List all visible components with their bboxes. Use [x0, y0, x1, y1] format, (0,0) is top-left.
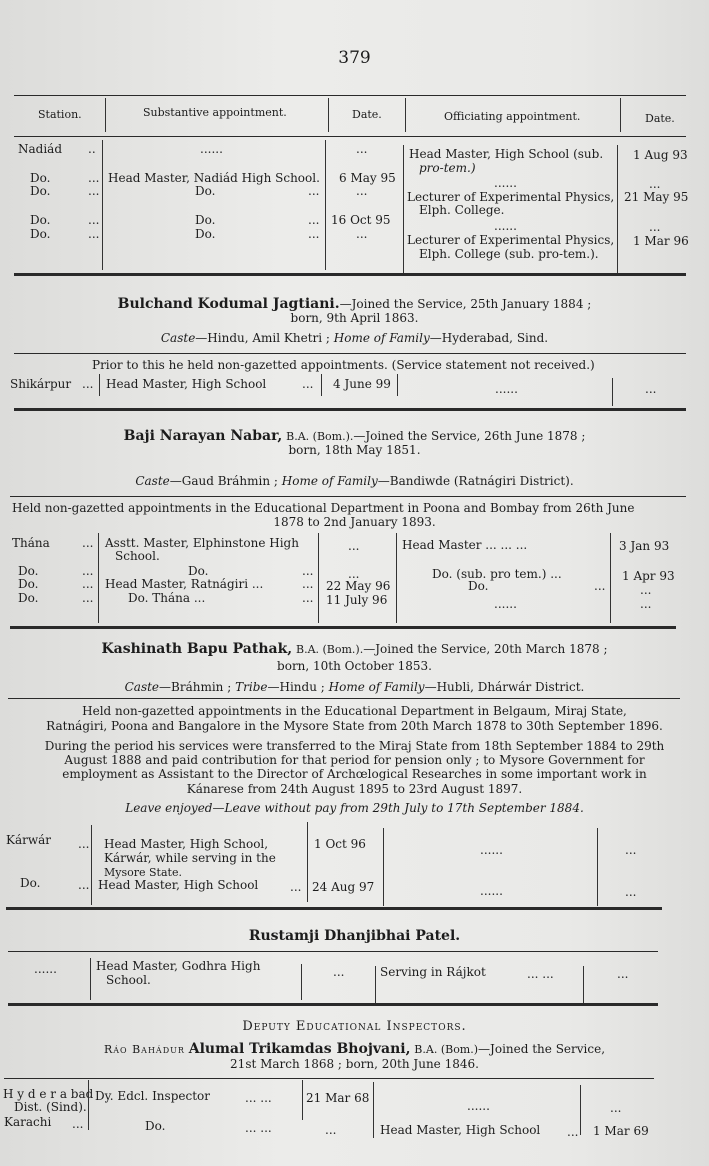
date-cell: 24 Aug 97 [312, 881, 374, 894]
section-rule [14, 273, 686, 276]
divider [396, 533, 397, 623]
leader-dots: ... [82, 578, 93, 591]
leader-dots: ... [302, 578, 313, 591]
leader-dots: ... [567, 1126, 578, 1139]
leader-dots: ... ... [527, 968, 554, 981]
substantive-cell: Dy. Edcl. Inspector [95, 1090, 210, 1103]
leader-dots: ... [308, 214, 319, 227]
divider [373, 1082, 374, 1138]
substantive-cell: Head Master, Godhra High [96, 960, 260, 973]
leader-dots: ... [88, 228, 99, 241]
date-cell: ... [649, 221, 660, 234]
officiating-cell: ...... [494, 220, 517, 233]
paragraph: employment as Assistant to the Director … [0, 768, 709, 781]
paragraph: Kánarese from 24th August 1895 to 23rd A… [0, 783, 709, 796]
leader-dots: ... [290, 881, 301, 894]
date-cell: 1 Apr 93 [622, 570, 675, 583]
divider [580, 1085, 581, 1135]
person-name: Bulchand Kodumal Jagtiani. [118, 296, 340, 312]
rule [14, 353, 686, 354]
leader-dots: ... [308, 228, 319, 241]
divider [610, 533, 611, 623]
divider [397, 374, 398, 396]
caste-line: Caste—Gaud Bráhmin ; Home of Family—Band… [0, 475, 709, 488]
date-cell: ... [640, 584, 651, 597]
station-cell: Do. [30, 185, 50, 198]
substantive-cell: Do. Thána ... [128, 592, 205, 605]
divider [328, 98, 329, 132]
date-cell: 16 Oct 95 [331, 214, 391, 227]
date-cell: ... [625, 886, 636, 899]
col-header-officiating: Officiating appointment. [444, 110, 580, 123]
station-cell: Dist. (Sind). [14, 1101, 87, 1114]
col-header-date-2: Date. [645, 112, 675, 125]
tribe-label: Tribe [235, 680, 267, 694]
home-label: Home of Family [334, 331, 430, 345]
officiating-cell: pro-tem.) [419, 162, 476, 175]
substantive-cell: Do. [195, 228, 215, 241]
officiating-cell: Head Master, High School (sub. [409, 148, 603, 161]
station-cell: Do. [18, 592, 38, 605]
rule [8, 951, 658, 952]
station-cell: Do. [30, 228, 50, 241]
birth-info: born, 18th May 1851. [0, 444, 709, 457]
caste-line: Caste—Bráhmin ; Tribe—Hindu ; Home of Fa… [0, 681, 709, 694]
divider [91, 825, 92, 905]
officiating-cell: Lecturer of Experimental Physics, [407, 234, 614, 247]
divider [405, 98, 406, 132]
officiating-cell: ...... [495, 383, 518, 396]
date-cell: ... [625, 844, 636, 857]
officiating-cell: Head Master ... ... ... [402, 539, 527, 552]
leader-dots: ... [82, 378, 93, 391]
date-cell: 6 May 95 [339, 172, 396, 185]
date-cell: ... [356, 228, 367, 241]
date-cell: 1 Aug 93 [633, 149, 688, 162]
birth-info: born, 9th April 1863. [0, 312, 709, 325]
paragraph: During the period his services were tran… [0, 740, 709, 753]
caste-value: —Gaud Bráhmin ; [170, 474, 278, 488]
divider [383, 828, 384, 906]
substantive-cell: School. [106, 974, 151, 987]
divider [403, 145, 404, 275]
note: 1878 to 2nd January 1893. [0, 516, 709, 529]
leader-dots: ... [78, 838, 89, 851]
date-cell: ... [610, 1102, 621, 1115]
section-rule [8, 1003, 658, 1006]
station-cell: Do. [30, 214, 50, 227]
date-cell: 21 Mar 68 [306, 1092, 369, 1105]
paragraph: August 1888 and paid contribution for th… [0, 754, 709, 767]
tribe-value: —Hindu ; [267, 680, 324, 694]
date-cell: ... [617, 968, 628, 981]
leader-dots: .. [88, 143, 96, 156]
substantive-cell: Head Master, High School [98, 879, 258, 892]
officiating-cell: ...... [494, 177, 517, 190]
date-cell: 21 May 95 [624, 191, 688, 204]
officiating-cell: Elph. College (sub. pro-tem.). [419, 248, 599, 261]
entry-heading: Baji Narayan Nabar, B.A. (Bom.).—Joined … [0, 430, 709, 443]
officiating-cell: ...... [467, 1100, 490, 1113]
paragraph: Ratnágiri, Poona and Bangalore in the My… [0, 720, 709, 733]
note: Prior to this he held non-gazetted appoi… [92, 359, 595, 372]
leader-dots: ... [82, 537, 93, 550]
date-cell: 22 May 96 [326, 580, 390, 593]
home-label: Home of Family [282, 474, 378, 488]
officiating-cell: Do. (sub. pro tem.) ... [432, 568, 562, 581]
divider [597, 828, 598, 906]
substantive-cell: Do. [195, 185, 215, 198]
person-name: Kashinath Bapu Pathak, [102, 641, 293, 657]
divider [98, 533, 99, 623]
header-rule-top [14, 95, 686, 96]
officiating-cell: ...... [494, 598, 517, 611]
service-info: —Joined the Service, [478, 1042, 605, 1056]
substantive-cell: Do. [195, 214, 215, 227]
station-cell: Karachi [4, 1116, 51, 1129]
date-cell: 4 June 99 [333, 378, 391, 391]
date-cell: ... [645, 383, 656, 396]
service-info: —Joined the Service, 26th June 1878 ; [353, 429, 585, 443]
date-cell: ... [356, 185, 367, 198]
leader-dots: ... [302, 378, 313, 391]
leader-dots: ... ... [245, 1122, 272, 1135]
caste-line: Caste—Hindu, Amil Khetri ; Home of Famil… [0, 332, 709, 345]
divider [325, 140, 326, 270]
date-cell: 1 Oct 96 [314, 838, 366, 851]
caste-value: —Bráhmin ; [159, 680, 231, 694]
divider [102, 140, 103, 270]
officiating-cell: Do. [468, 580, 488, 593]
rule [4, 1078, 654, 1079]
rule [10, 496, 686, 497]
rule [8, 698, 680, 699]
station-cell: Kárwár [6, 834, 51, 847]
date-cell: 1 Mar 96 [633, 235, 689, 248]
home-value: —Hubli, Dhárwár District. [425, 680, 585, 694]
caste-label: Caste [161, 331, 195, 345]
service-info: —Joined the Service, 20th March 1878 ; [363, 642, 607, 656]
leave-note: Leave enjoyed—Leave without pay from 29t… [0, 802, 709, 815]
section-heading: Deputy Educational Inspectors. [0, 1019, 709, 1034]
divider [301, 964, 302, 1000]
officiating-cell: ...... [480, 885, 503, 898]
document-page: 379 Station. Substantive appointment. Da… [0, 0, 709, 1166]
station-cell: Do. [18, 578, 38, 591]
substantive-cell: Kárwár, while serving in the [104, 852, 276, 865]
header-rule-bottom [14, 136, 686, 137]
divider [321, 374, 322, 396]
date-cell: 3 Jan 93 [619, 540, 669, 553]
leader-dots: ... [72, 1118, 83, 1131]
leader-dots: ... [594, 580, 605, 593]
birth-info: 21st March 1868 ; born, 20th June 1846. [0, 1058, 709, 1071]
person-name: Baji Narayan Nabar, [124, 428, 283, 444]
divider [88, 1080, 89, 1130]
divider [99, 374, 100, 396]
home-value: —Hyderabad, Sind. [430, 331, 548, 345]
officiating-cell: Head Master, High School [380, 1124, 540, 1137]
birth-info: born, 10th October 1853. [0, 660, 709, 673]
station-cell: Thána [12, 537, 50, 550]
divider [617, 145, 618, 275]
station-cell: Do. [20, 877, 40, 890]
entry-heading: Kashinath Bapu Pathak, B.A. (Bom.).—Join… [0, 643, 709, 656]
date-cell: 11 July 96 [326, 594, 387, 607]
date-cell: ... [640, 598, 651, 611]
section-rule [10, 626, 676, 629]
page-number: 379 [0, 48, 709, 68]
paragraph: Held non-gazetted appointments in the Ed… [0, 705, 709, 718]
section-rule [14, 408, 686, 411]
officiating-cell: Elph. College. [419, 204, 504, 217]
substantive-cell: Do. [145, 1120, 165, 1133]
person-name: Rustamji Dhanjibhai Patel. [0, 928, 709, 944]
substantive-cell: School. [115, 550, 160, 563]
divider [375, 966, 376, 1006]
divider [620, 98, 621, 132]
home-value: —Bandiwde (Ratnágiri District). [378, 474, 574, 488]
home-label: Home of Family [329, 680, 425, 694]
entry-heading: Bulchand Kodumal Jagtiani.—Joined the Se… [0, 298, 709, 311]
honorific: Ráo Bahádur [104, 1043, 185, 1056]
caste-value: —Hindu, Amil Khetri ; [195, 331, 330, 345]
degree: B.A. (Bom.) [414, 1043, 478, 1056]
divider [90, 958, 91, 1000]
section-rule [6, 907, 662, 910]
caste-label: Caste [135, 474, 169, 488]
substantive-cell: Head Master, Ratnágiri ... [105, 578, 263, 591]
divider [318, 533, 319, 623]
entry-heading: Ráo Bahádur Alumal Trikamdas Bhojvani, B… [0, 1043, 709, 1056]
date-cell: ... [325, 1124, 336, 1137]
divider [307, 822, 308, 902]
substantive-cell: Head Master, High School, [104, 838, 268, 851]
substantive-cell: Head Master, High School [106, 378, 266, 391]
note: Held non-gazetted appointments in the Ed… [12, 502, 635, 515]
divider [105, 98, 106, 132]
leader-dots: ... [308, 185, 319, 198]
leader-dots: ... [88, 214, 99, 227]
date-cell: ... [333, 966, 344, 979]
station-cell: ...... [34, 963, 57, 976]
divider [612, 378, 613, 406]
leader-dots: ... [88, 185, 99, 198]
divider [583, 966, 584, 1004]
degree: B.A. (Bom.). [296, 643, 363, 656]
officiating-cell: ...... [480, 844, 503, 857]
station-cell: Shikárpur [10, 378, 71, 391]
station-cell: Nadiád [18, 143, 62, 156]
substantive-cell: ...... [200, 143, 223, 156]
leader-dots: ... [82, 592, 93, 605]
col-header-station: Station. [38, 108, 82, 121]
col-header-substantive: Substantive appointment. [143, 106, 287, 119]
col-header-date: Date. [352, 108, 382, 121]
caste-label: Caste [125, 680, 159, 694]
leader-dots: ... [78, 879, 89, 892]
date-cell: 1 Mar 69 [593, 1125, 649, 1138]
date-cell: ... [348, 540, 359, 553]
person-name: Alumal Trikamdas Bhojvani, [189, 1041, 411, 1057]
degree: B.A. (Bom.). [286, 430, 353, 443]
date-cell: ... [356, 143, 367, 156]
leader-dots: ... [302, 592, 313, 605]
divider [302, 1080, 303, 1120]
leader-dots: ... ... [245, 1092, 272, 1105]
service-info: —Joined the Service, 25th January 1884 ; [340, 297, 592, 311]
officiating-cell: Serving in Rájkot [380, 966, 486, 979]
